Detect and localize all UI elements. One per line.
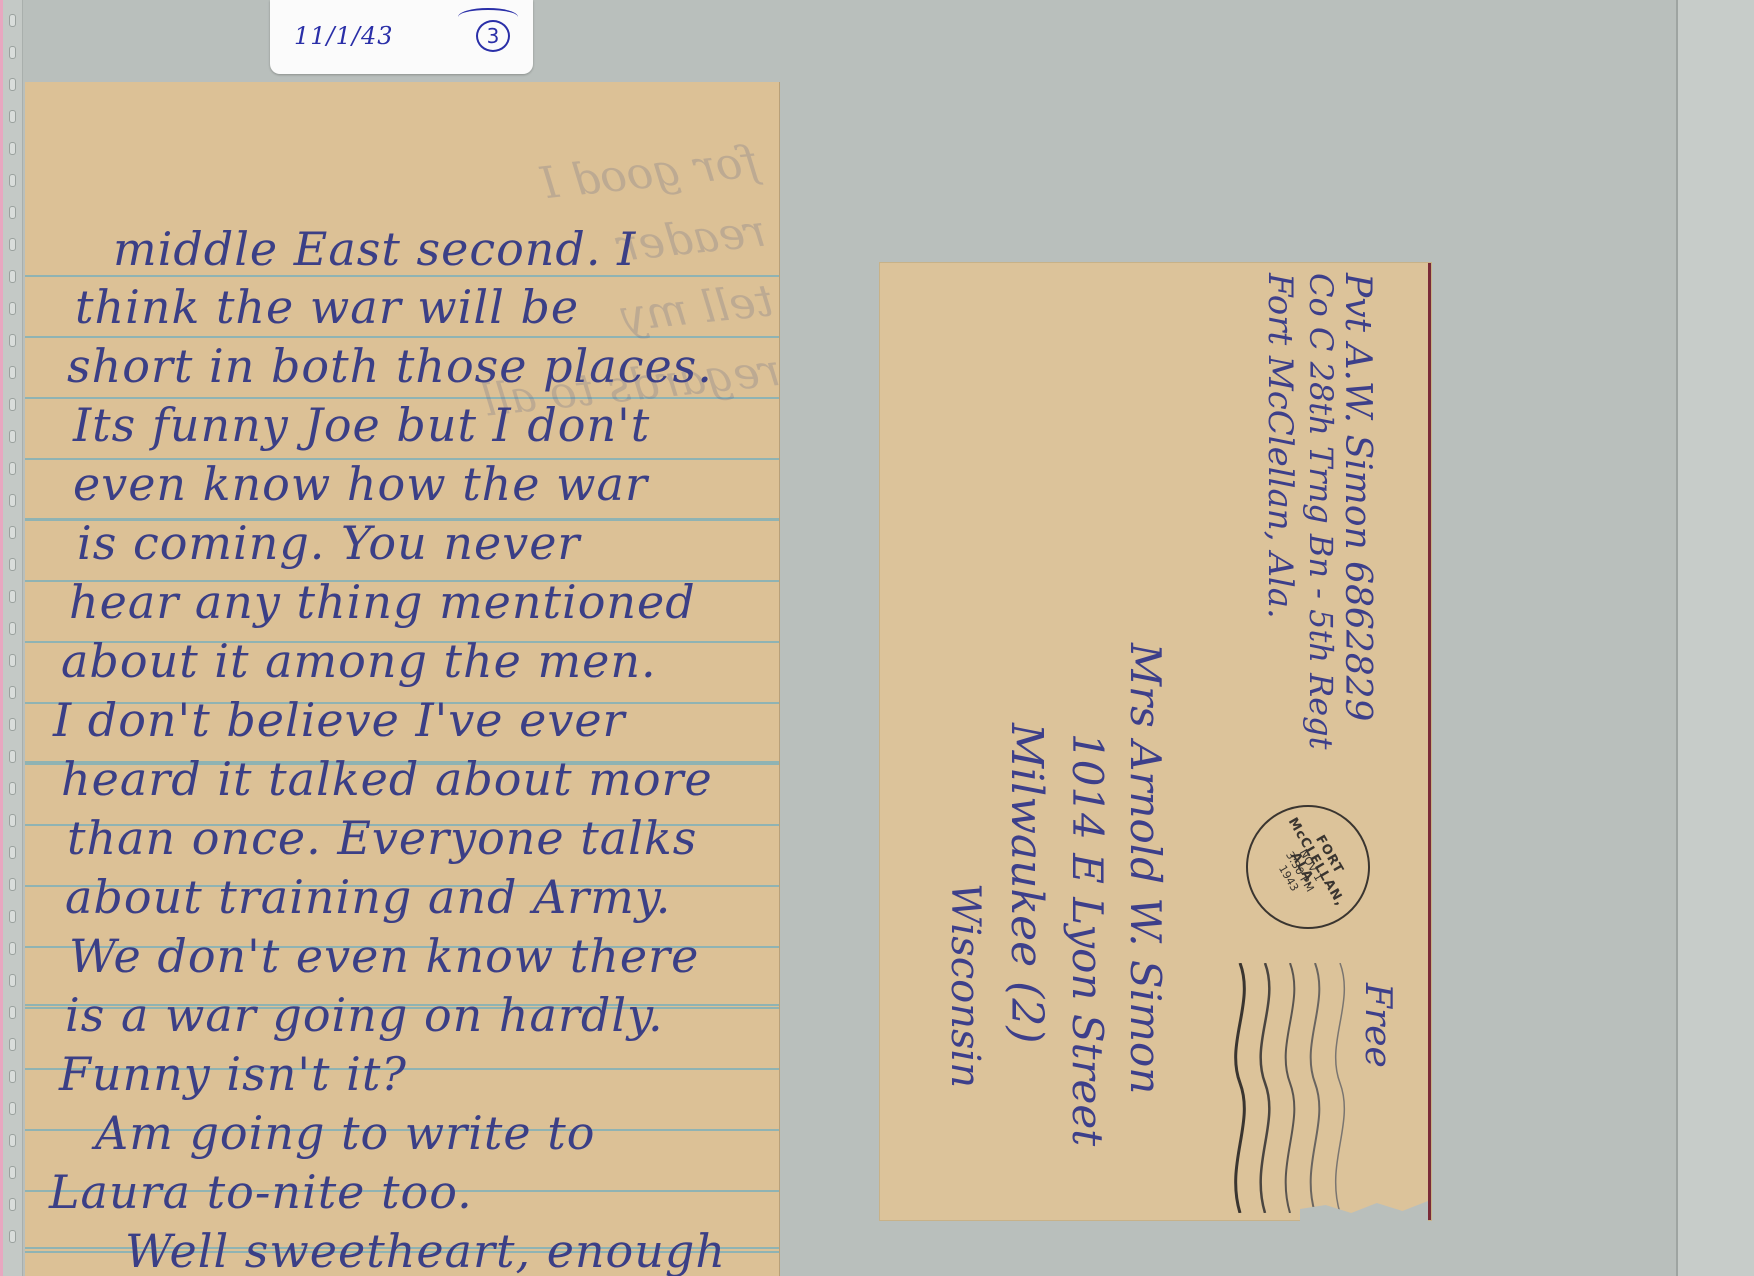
perforation-hole — [9, 494, 16, 507]
perforation-hole — [9, 206, 16, 219]
perforation-hole — [9, 782, 16, 795]
letter-line: middle East second. I — [113, 222, 636, 282]
perforation-hole — [9, 174, 16, 187]
recipient-address-line: 1014 E Lyon Street — [1063, 733, 1112, 1146]
envelope: Pvt A.W. Simon 6862829 Co C 28th Trng Bn… — [880, 263, 1431, 1220]
perforation-hole — [9, 526, 16, 539]
perforation-hole — [9, 78, 16, 91]
perforation-hole — [9, 430, 16, 443]
perforation-hole — [9, 750, 16, 763]
recipient-address-line: Wisconsin — [942, 883, 988, 1088]
perforation-hole — [9, 910, 16, 923]
perforation-hole — [9, 1166, 16, 1179]
sleeve-edge — [0, 0, 3, 1276]
letter-line: about it among the men. — [61, 634, 657, 694]
archive-label-card: 11/1/43 3 — [270, 0, 533, 74]
letter-line: We don't even know there — [69, 929, 699, 989]
perforation-hole — [9, 462, 16, 475]
letter-line: short in both those places. — [67, 339, 713, 399]
letter-line: Funny isn't it? — [59, 1047, 407, 1107]
sleeve-perforation-strip — [0, 0, 23, 1276]
letter-line: heard it talked about more — [61, 752, 713, 812]
recipient-address-line: Milwaukee (2) — [1001, 723, 1052, 1043]
perforation-hole — [9, 846, 16, 859]
letter-line: is a war going on hardly. — [65, 988, 664, 1048]
perforation-hole — [9, 46, 16, 59]
perforation-hole — [9, 878, 16, 891]
letter-line: hear any thing mentioned — [69, 575, 696, 635]
sleeve-margin — [1678, 0, 1754, 1276]
perforation-hole — [9, 334, 16, 347]
perforation-hole — [9, 654, 16, 667]
perforation-hole — [9, 814, 16, 827]
perforation-hole — [9, 942, 16, 955]
letter-line: Its funny Joe but I don't — [73, 398, 650, 458]
perforation-hole — [9, 1198, 16, 1211]
letter-line: think the war will be — [75, 280, 579, 340]
letter-line: is coming. You never — [77, 516, 580, 576]
perforation-hole — [9, 1102, 16, 1115]
perforation-hole — [9, 1230, 16, 1243]
perforation-hole — [9, 686, 16, 699]
perforation-hole — [9, 590, 16, 603]
perforation-hole — [9, 14, 16, 27]
perforation-hole — [9, 1006, 16, 1019]
perforation-hole — [9, 142, 16, 155]
letter-line: about training and Army. — [65, 870, 671, 930]
perforation-hole — [9, 238, 16, 251]
letter-line: than once. Everyone talks — [67, 811, 697, 871]
letter-line: I don't believe I've ever — [53, 693, 626, 753]
postmark-stamp: FORT McCLELLAN, ALA. NOV 1 3:30 PM 1943 — [1223, 782, 1392, 951]
perforation-hole — [9, 302, 16, 315]
page-number-badge: 3 — [476, 20, 510, 52]
return-address-line: Fort McClellan, Ala. — [1260, 273, 1300, 619]
cancellation-wave-lines — [1220, 963, 1390, 1213]
perforation-hole — [9, 398, 16, 411]
perforation-hole — [9, 366, 16, 379]
perforation-hole — [9, 718, 16, 731]
return-address-line: Co C 28th Trng Bn - 5th Regt — [1302, 273, 1340, 750]
recipient-address-line: Mrs Arnold W. Simon — [1121, 643, 1170, 1094]
perforation-hole — [9, 558, 16, 571]
perforation-hole — [9, 1038, 16, 1051]
letter-line: even know how the war — [73, 457, 648, 517]
return-address-line: Pvt A.W. Simon 6862829 — [1337, 273, 1378, 721]
perforation-hole — [9, 270, 16, 283]
perforation-hole — [9, 622, 16, 635]
letter-line: Well sweetheart, enough — [125, 1224, 726, 1276]
archive-date: 11/1/43 — [294, 22, 394, 50]
letter-line: Laura to-nite too. — [49, 1165, 473, 1225]
perforation-hole — [9, 1070, 16, 1083]
letter-line: Am going to write to — [95, 1106, 595, 1166]
perforation-hole — [9, 1134, 16, 1147]
perforation-hole — [9, 974, 16, 987]
perforation-hole — [9, 110, 16, 123]
letter-page: for good I reader tell my regards to all… — [25, 82, 779, 1276]
